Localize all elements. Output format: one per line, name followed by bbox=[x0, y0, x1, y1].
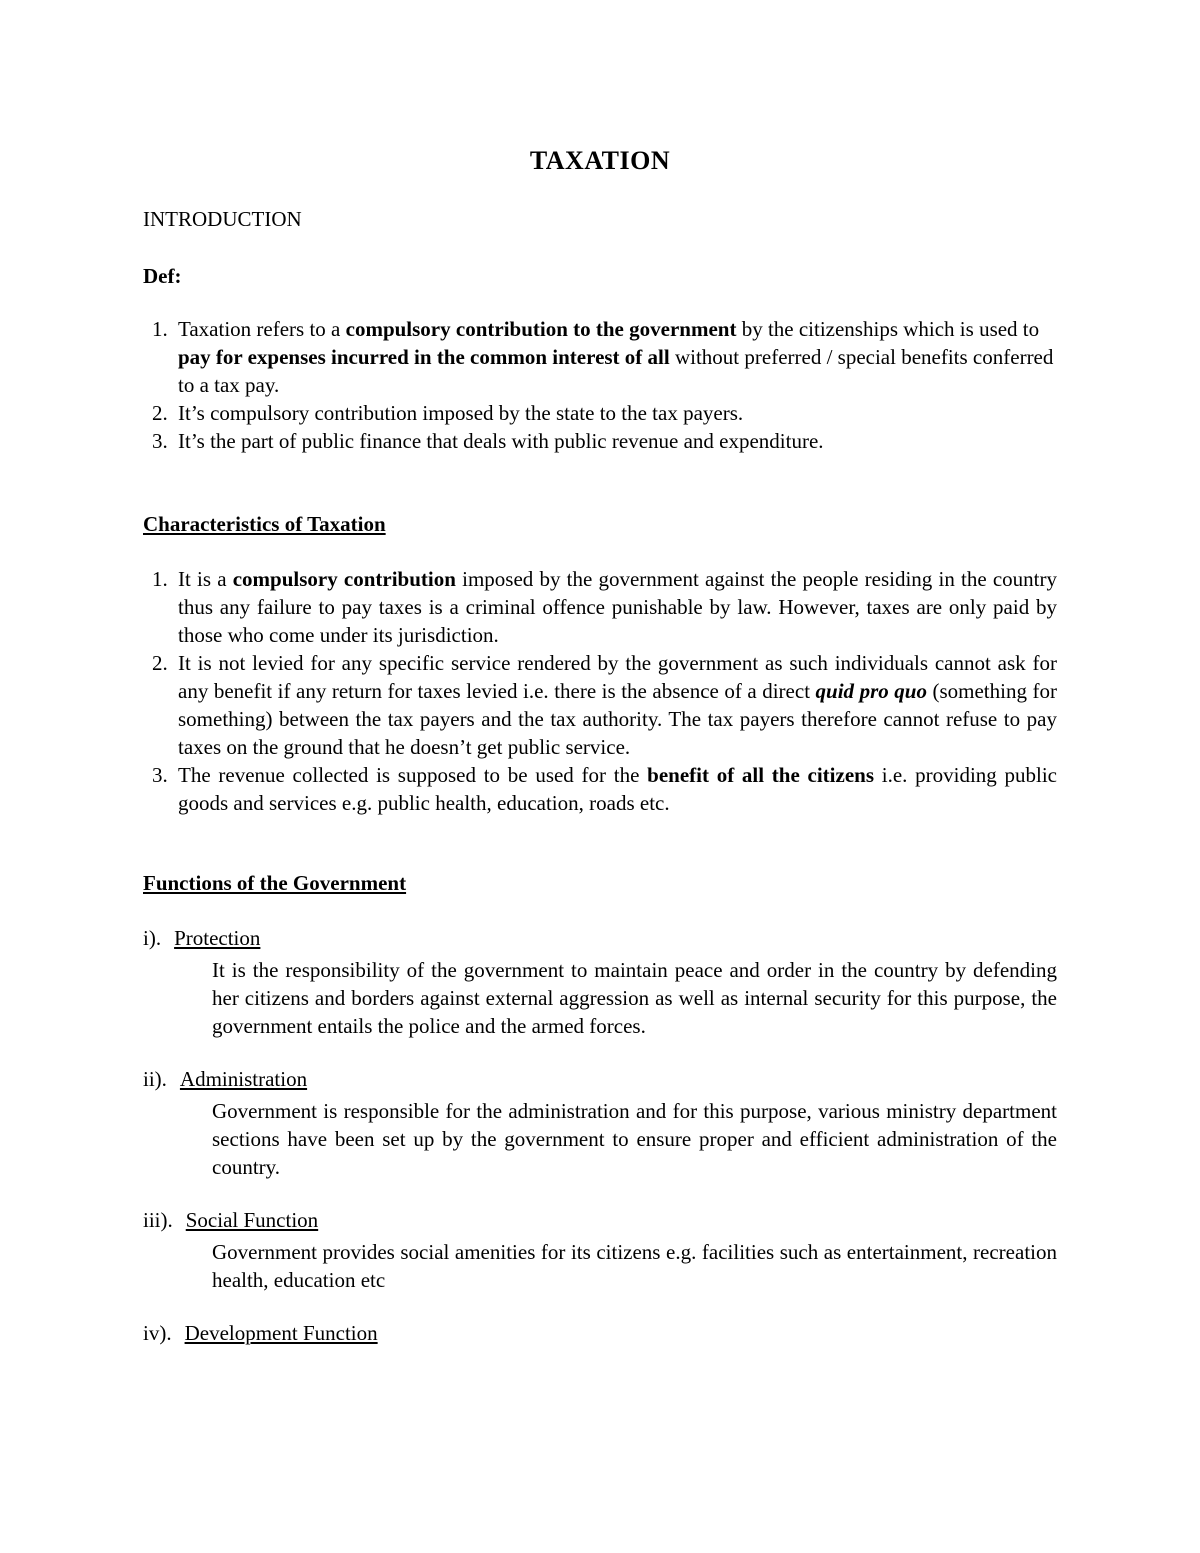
list-item: 3. It’s the part of public finance that … bbox=[143, 427, 1057, 455]
functions-heading: Functions of the Government bbox=[143, 869, 1057, 897]
function-section-social: iii). Social Function Government provide… bbox=[143, 1206, 1057, 1294]
introduction-heading: INTRODUCTION bbox=[143, 205, 1057, 233]
function-section-title: Development Function bbox=[185, 1319, 378, 1347]
list-item-number: 2. bbox=[152, 399, 178, 427]
function-section-development: iv). Development Function bbox=[143, 1319, 1057, 1347]
function-section-administration: ii). Administration Government is respon… bbox=[143, 1065, 1057, 1181]
list-item-number: 3. bbox=[152, 761, 178, 817]
roman-marker: i). bbox=[143, 924, 161, 952]
page-title: TAXATION bbox=[143, 146, 1057, 176]
function-section-header: iii). Social Function bbox=[143, 1206, 1057, 1234]
list-item-number: 3. bbox=[152, 427, 178, 455]
function-section-header: i). Protection bbox=[143, 924, 1057, 952]
list-item: 2. It is not levied for any specific ser… bbox=[143, 649, 1057, 761]
list-item-text: The revenue collected is supposed to be … bbox=[178, 761, 1057, 817]
function-section-body: It is the responsibility of the governme… bbox=[212, 956, 1057, 1040]
list-item-number: 1. bbox=[152, 565, 178, 649]
list-item-text: It’s the part of public finance that dea… bbox=[178, 427, 1057, 455]
characteristics-heading: Characteristics of Taxation bbox=[143, 510, 1057, 538]
list-item-number: 1. bbox=[152, 315, 178, 399]
list-item: 1. Taxation refers to a compulsory contr… bbox=[143, 315, 1057, 399]
list-item-text: It is not levied for any specific servic… bbox=[178, 649, 1057, 761]
function-section-body: Government is responsible for the admini… bbox=[212, 1097, 1057, 1181]
roman-marker: iii). bbox=[143, 1206, 173, 1234]
list-item: 1. It is a compulsory contribution impos… bbox=[143, 565, 1057, 649]
list-item-text: It is a compulsory contribution imposed … bbox=[178, 565, 1057, 649]
function-section-header: ii). Administration bbox=[143, 1065, 1057, 1093]
document-page: TAXATION INTRODUCTION Def: 1. Taxation r… bbox=[0, 0, 1200, 1553]
definition-label: Def: bbox=[143, 262, 1057, 290]
list-item-text: It’s compulsory contribution imposed by … bbox=[178, 399, 1057, 427]
function-section-body: Government provides social amenities for… bbox=[212, 1238, 1057, 1294]
roman-marker: iv). bbox=[143, 1319, 172, 1347]
function-section-header: iv). Development Function bbox=[143, 1319, 1057, 1347]
roman-marker: ii). bbox=[143, 1065, 167, 1093]
list-item-number: 2. bbox=[152, 649, 178, 761]
list-item: 2. It’s compulsory contribution imposed … bbox=[143, 399, 1057, 427]
function-section-title: Administration bbox=[180, 1065, 307, 1093]
definitions-list: 1. Taxation refers to a compulsory contr… bbox=[143, 315, 1057, 455]
function-section-protection: i). Protection It is the responsibility … bbox=[143, 924, 1057, 1040]
list-item: 3. The revenue collected is supposed to … bbox=[143, 761, 1057, 817]
function-section-title: Social Function bbox=[186, 1206, 318, 1234]
function-section-title: Protection bbox=[174, 924, 260, 952]
list-item-text: Taxation refers to a compulsory contribu… bbox=[178, 315, 1057, 399]
characteristics-list: 1. It is a compulsory contribution impos… bbox=[143, 565, 1057, 817]
